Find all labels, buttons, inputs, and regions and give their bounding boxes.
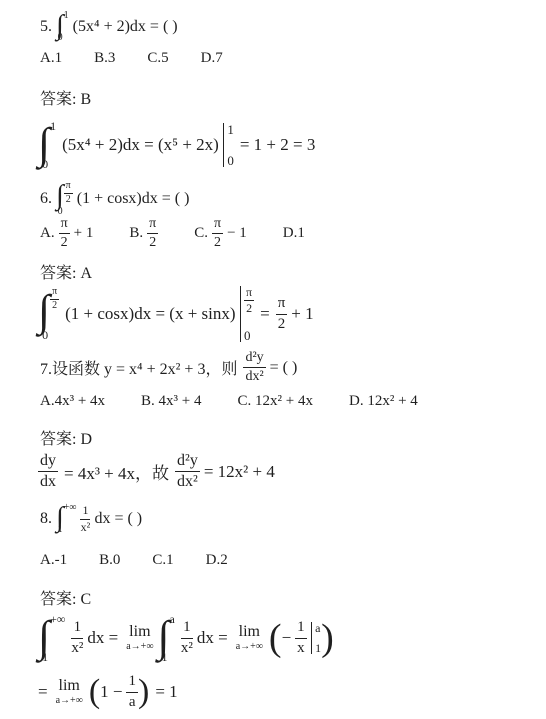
solution-expression: (5x⁴ + 2)dx = (x⁵ + 2x)	[62, 135, 219, 155]
integral-upper-bound: 1	[50, 120, 56, 132]
solution-text: dx =	[197, 628, 228, 648]
question-7-title: 7.设函数 y = x⁴ + 2x² + 3，则 d²y dx² = ( )	[40, 350, 297, 385]
question-6-solution: ∫ π 2 0 (1 + cosx)dx = (x + sinx) π 2 0 …	[38, 286, 314, 342]
integral-upper-bound: +∞	[50, 613, 65, 625]
integral-lower-bound: 0	[42, 329, 59, 341]
integral-upper-bound: a	[170, 613, 175, 625]
left-paren: (	[269, 616, 282, 660]
option-b: B. 4x³ + 4	[141, 393, 201, 410]
integral-icon: ∫ π 2 0	[38, 286, 59, 342]
question-5-title: 5. ∫ 1 0 (5x⁴ + 2)dx = ( )	[40, 10, 178, 44]
answer-text: 答案: C	[40, 586, 91, 609]
integrand-fraction: 1 x²	[80, 504, 90, 535]
worksheet-page: 5. ∫ 1 0 (5x⁴ + 2)dx = ( ) A.1 B.3 C.5 D…	[0, 0, 546, 719]
option-d: D.2	[206, 552, 228, 569]
answer-text: 答案: A	[40, 260, 92, 283]
fraction: π 2	[212, 216, 223, 251]
eval-upper-fraction: π 2	[244, 286, 254, 314]
question-6-expression: (1 + cosx)dx = ( )	[77, 190, 190, 208]
solution-result: = 1 + 2 = 3	[240, 135, 316, 155]
option-c: C.1	[152, 552, 173, 569]
option-a: A.1	[40, 50, 62, 67]
question-6-answer: 答案: A	[40, 260, 92, 283]
option-b: B.3	[94, 50, 115, 67]
right-paren: )	[321, 616, 334, 660]
option-d: D.1	[283, 225, 305, 242]
solution-text: 1 −	[100, 682, 122, 702]
integrand-fraction: 1 x²	[181, 619, 193, 657]
option-c: C.5	[147, 50, 168, 67]
left-paren: (	[89, 672, 100, 712]
eval-lower-bound: 0	[244, 329, 254, 342]
question-8-solution-line-1: ∫ +∞ 1 1 x² dx = lim a→+∞ ∫ a 1 1 x² dx …	[38, 612, 334, 664]
limit-block: lim a→+∞	[236, 624, 263, 652]
derivative-fraction: dy dx	[38, 452, 58, 492]
integral-upper-bound: +∞	[64, 503, 77, 513]
integral-lower-bound: 1	[162, 651, 175, 663]
question-5-solution: ∫ 1 0 (5x⁴ + 2)dx = (x⁵ + 2x) 1 0 = 1 + …	[38, 119, 315, 171]
question-8-solution-line-2: = lim a→+∞ ( 1 − 1 a ) = 1	[38, 672, 178, 712]
question-5-options: A.1 B.3 C.5 D.7	[40, 50, 223, 67]
integral-lower-bound: 0	[42, 158, 56, 170]
question-5-expression: (5x⁴ + 2)dx = ( )	[73, 18, 178, 36]
limit-block: lim a→+∞	[56, 678, 83, 706]
fraction: π 2	[147, 216, 158, 251]
eval-upper-bound: 1	[227, 123, 234, 136]
equals: =	[260, 304, 270, 324]
solution-result: = 1	[155, 682, 177, 702]
question-8-expression: dx = ( )	[94, 510, 142, 528]
fraction: π 2	[59, 216, 70, 251]
integral-icon: ∫ +∞ 1	[56, 502, 76, 536]
option-a: A.-1	[40, 552, 67, 569]
question-7-solution: dy dx = 4x³ + 4x，故 d²y dx² = 12x² + 4	[38, 452, 275, 492]
integral-lower-bound: 0	[58, 33, 69, 43]
question-8-title: 8. ∫ +∞ 1 1 x² dx = ( )	[40, 502, 142, 536]
evaluation-bar-icon: a 1	[311, 622, 322, 654]
solution-text: = 4x³ + 4x，故	[64, 459, 169, 484]
question-8-answer: 答案: C	[40, 586, 91, 609]
question-7-options: A.4x³ + 4x B. 4x³ + 4 C. 12x² + 4x D. 12…	[40, 393, 418, 410]
question-7-expression: = ( )	[270, 359, 298, 377]
question-5-answer: 答案: B	[40, 86, 91, 109]
question-7-answer: 答案: D	[40, 426, 92, 449]
question-8-options: A.-1 B.0 C.1 D.2	[40, 552, 228, 569]
eval-lower-bound: 0	[227, 154, 234, 167]
question-6-number: 6.	[40, 190, 52, 208]
question-6-options: A. π 2 + 1 B. π 2 C. π 2 − 1 D.1	[40, 216, 305, 251]
integral-icon: ∫ 1 0	[56, 10, 69, 44]
upper-bound-fraction: π 2	[50, 287, 59, 311]
solution-result: + 1	[291, 304, 313, 324]
integral-upper-bound: 1	[64, 11, 69, 21]
integral-icon: ∫ +∞ 1	[38, 612, 65, 664]
option-d: D. 12x² + 4	[349, 393, 418, 410]
integral-lower-bound: 1	[42, 651, 65, 663]
upper-bound-fraction: π 2	[64, 181, 73, 205]
solution-text: dx =	[87, 628, 118, 648]
second-derivative-fraction: d²y dx²	[175, 452, 200, 492]
option-d: D.7	[201, 50, 223, 67]
answer-text: 答案: B	[40, 86, 91, 109]
option-b: B. π 2	[129, 216, 158, 251]
evaluation-bar-icon: 1 0	[223, 123, 234, 167]
question-6-title: 6. ∫ π 2 0 (1 + cosx)dx = ( )	[40, 180, 189, 218]
derivative-fraction: d²y dx²	[243, 350, 265, 385]
equals: =	[38, 682, 48, 702]
question-5-number: 5.	[40, 18, 52, 36]
integral-lower-bound: 1	[58, 525, 77, 535]
integral-icon: ∫ 1 0	[38, 119, 56, 171]
solution-result: = 12x² + 4	[204, 462, 275, 482]
minus-sign: −	[282, 628, 292, 648]
integral-icon: ∫ a 1	[157, 612, 174, 664]
option-c: C. 12x² + 4x	[238, 393, 313, 410]
option-a: A.4x³ + 4x	[40, 393, 105, 410]
option-c: C. π 2 − 1	[194, 216, 247, 251]
integrand-fraction: 1 x²	[71, 619, 83, 657]
fraction: 1 x	[295, 619, 307, 657]
fraction: 1 a	[126, 673, 138, 711]
right-paren: )	[138, 672, 149, 712]
question-8-number: 8.	[40, 510, 52, 528]
option-b: B.0	[99, 552, 120, 569]
evaluation-bar-icon: π 2 0	[240, 286, 255, 342]
question-7-text: 7.设函数 y = x⁴ + 2x² + 3，则	[40, 356, 237, 379]
answer-text: 答案: D	[40, 426, 92, 449]
integral-icon: ∫ π 2 0	[56, 180, 73, 218]
limit-block: lim a→+∞	[126, 624, 153, 652]
solution-expression: (1 + cosx)dx = (x + sinx)	[65, 304, 235, 324]
option-a: A. π 2 + 1	[40, 216, 93, 251]
result-fraction: π 2	[276, 295, 288, 333]
